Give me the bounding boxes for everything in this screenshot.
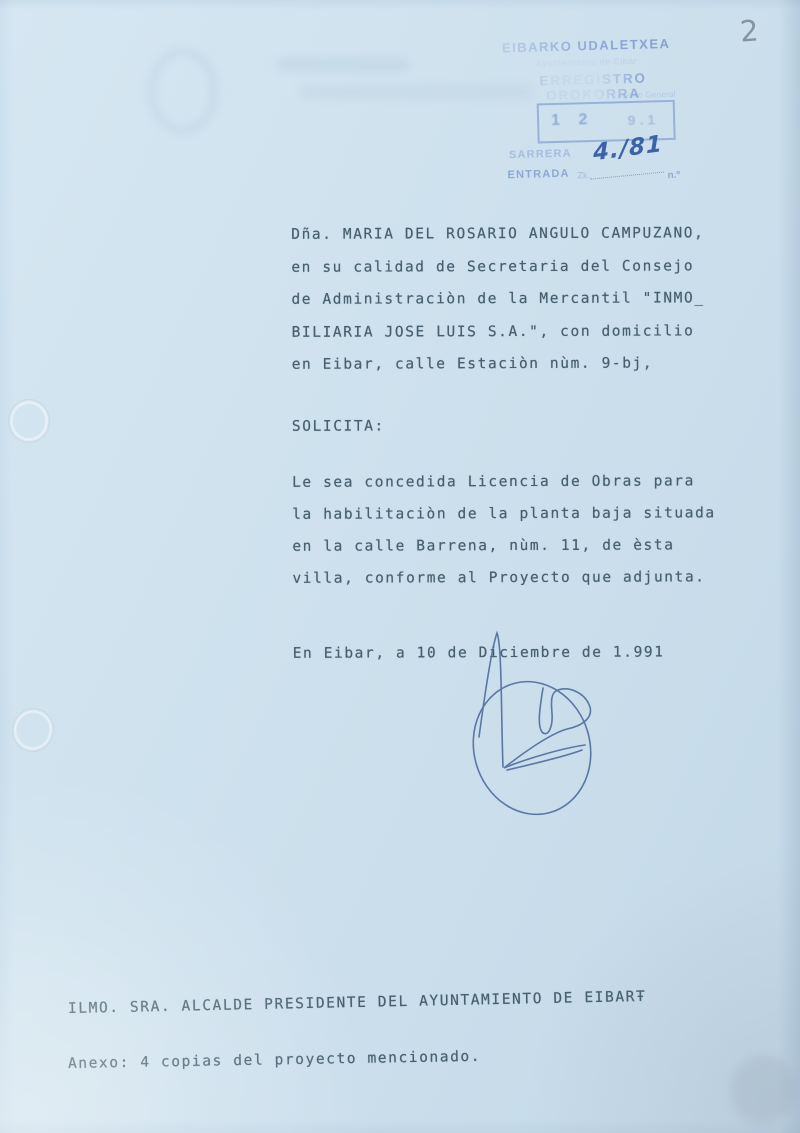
registry-stamp: EIBARKO UDALETXEA Ayuntamiento de Eibar … [486, 27, 700, 202]
addressee-line: ILMO. SRA. ALCALDE PRESIDENTE DEL AYUNTA… [68, 989, 647, 1017]
letter-line: Le sea concedida Licencia de Obras para [292, 473, 695, 490]
ink-ghost-mark [148, 48, 218, 134]
page-number: 2 [739, 13, 760, 48]
letter-line: en la calle Barrena, nùm. 11, de èsta [292, 537, 674, 554]
stamp-entry-label-basque: SARRERA [509, 148, 572, 162]
signature-scribble [504, 688, 590, 768]
annex-line: Anexo: 4 copias del proyecto mencionado. [68, 1049, 481, 1072]
stamp-org-name-spanish: Ayuntamiento de Eibar [487, 55, 687, 70]
hole-punch-bottom [7, 703, 59, 756]
letter-line: de Administraciòn de la Mercantil "INMO_ [291, 290, 704, 307]
signature [455, 615, 655, 830]
signature-spike [479, 633, 503, 767]
hole-punch-top [8, 399, 50, 443]
signature-underline [507, 750, 582, 770]
stamp-number-prefix: Zk. [577, 170, 590, 180]
stamp-date-right: 9.1 [627, 111, 659, 128]
stamp-org-name-basque: EIBARKO UDALETXEA [486, 36, 686, 56]
ink-ghost-mark [278, 58, 408, 71]
letter-line: BILIARIA JOSE LUIS S.A.", con domicilio [292, 323, 695, 340]
letter-line: la habilitaciòn de la planta baja situad… [292, 505, 716, 522]
letter-line: Dña. MARIA DEL ROSARIO ANGULO CAMPUZANO, [291, 225, 704, 242]
stamp-entry-label-spanish: ENTRADA [507, 168, 569, 182]
stamp-date-left: 1 2 [551, 111, 595, 130]
paper-smudge [730, 1055, 796, 1125]
letter-line: en Eibar, calle Estaciòn nùm. 9-bj, [292, 356, 654, 373]
document-page: 2 EIBARKO UDALETXEA Ayuntamiento de Eiba… [0, 0, 800, 1133]
solicita-heading: SOLICITA: [292, 418, 385, 434]
letter-line: villa, conforme al Proyecto que adjunta. [292, 569, 705, 586]
letter-line: en su calidad de Secretaria del Consejo [291, 258, 694, 275]
stamp-number-suffix: n.º [667, 170, 680, 181]
